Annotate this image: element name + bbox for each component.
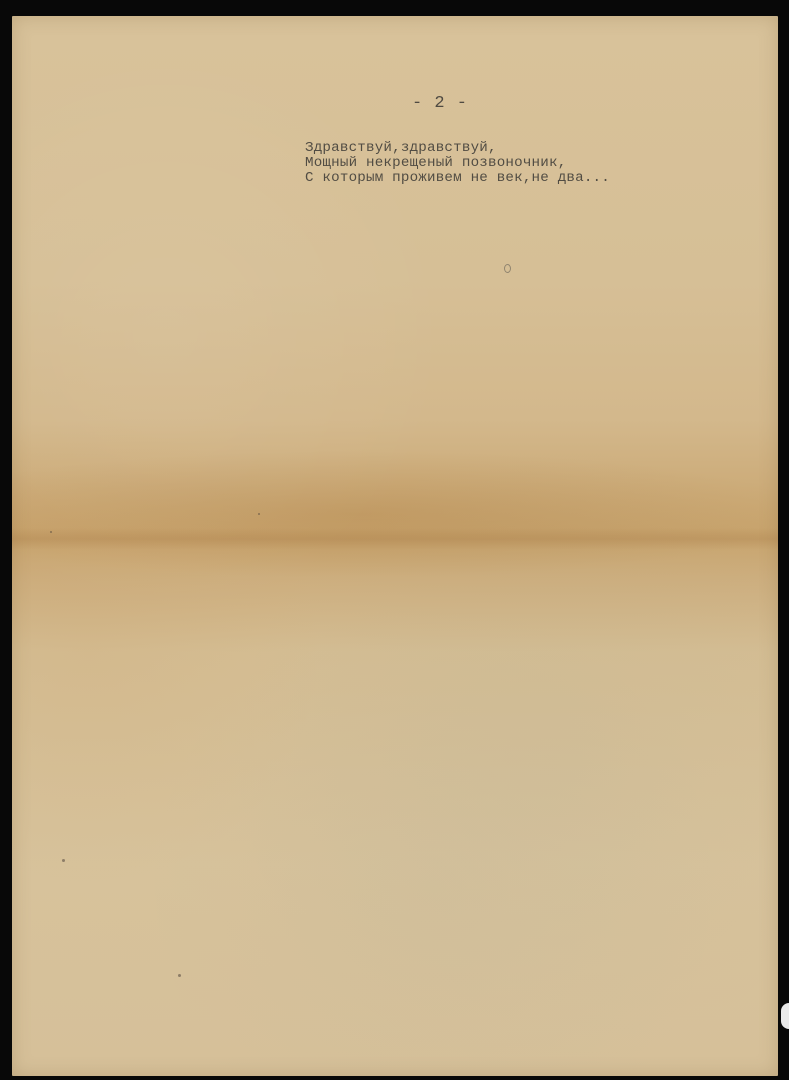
paper-blemish [504,264,511,273]
scan-background: - 2 - Здравствуй,здравствуй, Мощный некр… [0,0,789,1080]
scanner-edge-marker [781,1003,789,1029]
typed-verse: Здравствуй,здравствуй, Мощный некрещеный… [305,141,610,186]
verse-line: Здравствуй,здравствуй, [305,141,610,156]
paper-blemish [178,974,181,977]
paper-blemish [62,859,65,862]
paper-blemish [258,513,260,515]
page-number: - 2 - [412,94,468,113]
verse-line: Мощный некрещеный позвоночник, [305,156,610,171]
paper-fold-crease [12,528,778,550]
verse-line: С которым проживем не век,не два... [305,171,610,186]
paper-blemish [50,531,52,533]
paper-page: - 2 - Здравствуй,здравствуй, Мощный некр… [12,16,778,1076]
